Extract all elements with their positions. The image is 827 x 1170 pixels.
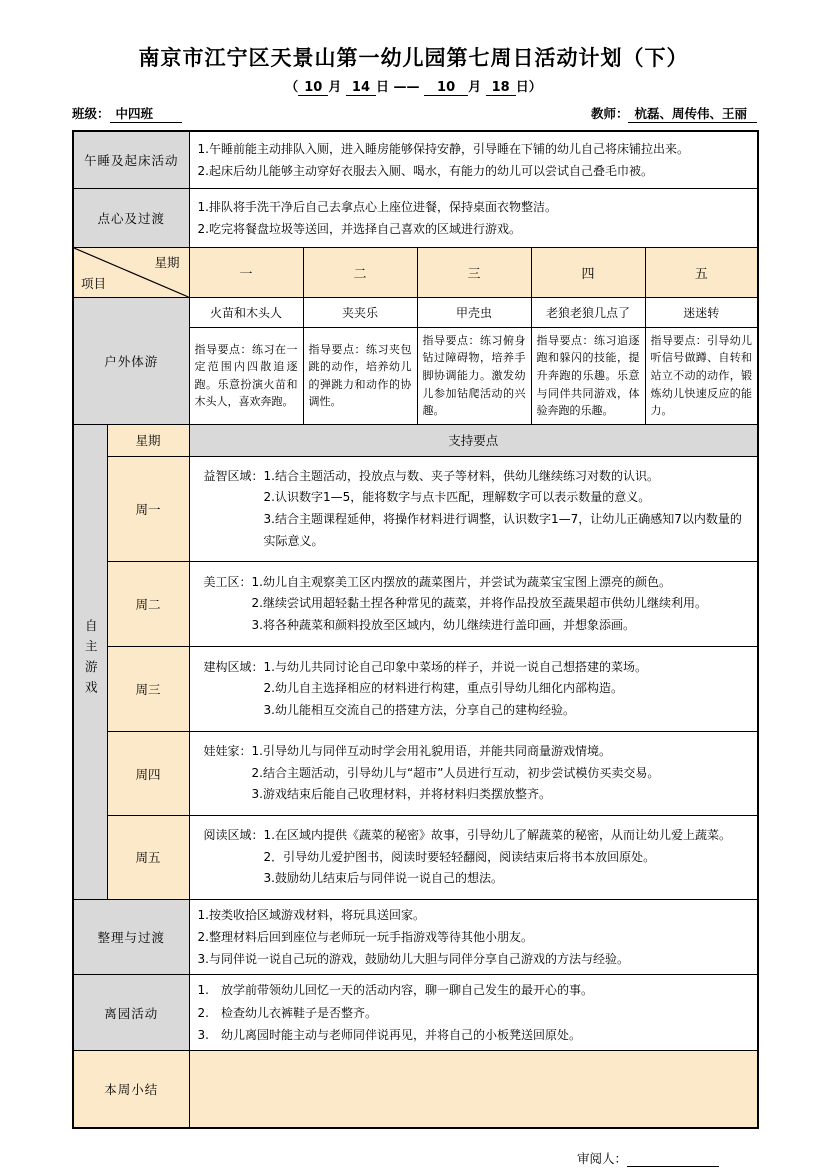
region-item: 1.结合主题活动，投放点与数、夹子等材料，供幼儿继续练习对数的认识。 xyxy=(264,466,744,488)
region-label: 美工区： xyxy=(204,572,252,594)
date-close: 日） xyxy=(516,80,542,95)
weekday-content-tue: 美工区： 1.幼儿自主观察美工区内摆放的蔬菜图片，并尝试为蔬菜宝宝图上漂亮的颜色… xyxy=(189,562,758,647)
snack-line: 2.吃完将餐盘垃圾等送回，并选择自己喜欢的区域进行游戏。 xyxy=(198,218,750,240)
game-title: 老狼老狼几点了 xyxy=(531,297,645,327)
table-row: 点心及过渡 1.排队将手洗干净后自己去拿点心上座位进餐，保持桌面衣物整洁。 2.… xyxy=(73,188,758,247)
tidy-line: 2.整理材料后回到座位与老师玩一玩手指游戏等待其他小朋友。 xyxy=(198,926,750,948)
reviewer-label: 审阅人： xyxy=(577,1151,627,1166)
weekday-content-wed: 建构区域： 1.与幼儿共同讨论自己印象中菜场的样子，并说一说自己想搭建的菜场。 … xyxy=(189,647,758,732)
leave-row-content: 1. 放学前带领幼儿回忆一天的活动内容，聊一聊自己发生的最开心的事。 2. 检查… xyxy=(189,975,758,1051)
region-item: 1.在区域内提供《蔬菜的秘密》故事，引导幼儿了解蔬菜的秘密，从而让幼儿爱上蔬菜。 xyxy=(264,825,731,847)
document-page: 南京市江宁区天景山第一幼儿园第七周日活动计划（下） （10月 14日 —— 10… xyxy=(0,0,827,1167)
weekday-label-thu: 周四 xyxy=(107,732,189,816)
table-row: 户外体游 火苗和木头人 夹夹乐 甲壳虫 老狼老狼几点了 迷迷转 xyxy=(73,297,758,327)
date-day2-blank: 18 xyxy=(486,80,516,96)
date-dash: —— xyxy=(394,80,420,95)
game-title: 迷迷转 xyxy=(645,297,758,327)
table-row: 自主游戏 星期 支持要点 xyxy=(73,424,758,456)
date-month2-blank: 10 xyxy=(424,80,468,96)
region-item: 3.结合主题课程延伸，将操作材料进行调整，认识数字1—7，让幼儿正确感知7以内数… xyxy=(264,509,744,552)
game-desc: 指导要点：练习在一定范围内四散追逐跑。乐意扮演火苗和木头人，喜欢奔跑。 xyxy=(189,327,303,424)
table-header-row: 星期 项目 一 二 三 四 五 xyxy=(73,247,758,297)
region-label: 娃娃家： xyxy=(204,741,252,763)
weekly-plan-table: 午睡及起床活动 1.午睡前能主动排队入厕，进入睡房能够保持安静，引导睡在下铺的幼… xyxy=(72,130,759,1129)
date-day-label1: 日 xyxy=(376,80,389,95)
game-desc: 指导要点：练习俯身钻过障碍物，培养手脚协调能力。激发幼儿参加钻爬活动的兴趣。 xyxy=(417,327,531,424)
table-row: 周三 建构区域： 1.与幼儿共同讨论自己印象中菜场的样子，并说一说自己想搭建的菜… xyxy=(73,647,758,732)
page-title: 南京市江宁区天景山第一幼儿园第七周日活动计划（下） xyxy=(0,44,827,73)
region-item: 1.幼儿自主观察美工区内摆放的蔬菜图片，并尝试为蔬菜宝宝图上漂亮的颜色。 xyxy=(252,572,707,594)
teacher-label: 教师： xyxy=(591,106,629,121)
region-item: 3.鼓励幼儿结束后与同伴说一说自己的想法。 xyxy=(264,868,731,890)
summary-row-label: 本周小结 xyxy=(73,1050,189,1128)
class-field: 班级：中四班 xyxy=(72,104,182,123)
reviewer-blank xyxy=(627,1153,719,1167)
table-row: 周一 益智区域： 1.结合主题活动，投放点与数、夹子等材料，供幼儿继续练习对数的… xyxy=(73,456,758,561)
nap-row-label: 午睡及起床活动 xyxy=(73,131,189,188)
table-row: 周四 娃娃家： 1.引导幼儿与同伴互动时学会用礼貌用语，并能共同商量游戏情境。 … xyxy=(73,732,758,816)
nap-row-content: 1.午睡前能主动排队入厕，进入睡房能够保持安静，引导睡在下铺的幼儿自己将床铺拉出… xyxy=(189,131,758,188)
weekday-label-tue: 周二 xyxy=(107,562,189,647)
date-month-label1: 月 xyxy=(328,80,341,95)
day-header-mon: 一 xyxy=(189,247,303,297)
weekday-content-fri: 阅读区域： 1.在区域内提供《蔬菜的秘密》故事，引导幼儿了解蔬菜的秘密，从而让幼… xyxy=(189,816,758,900)
date-month-label2: 月 xyxy=(468,80,481,95)
game-title: 甲壳虫 xyxy=(417,297,531,327)
region-label: 建构区域： xyxy=(204,657,264,679)
region-item: 2.继续尝试用超轻黏土捏各种常见的蔬菜，并将作品投放至蔬果超市供幼儿继续利用。 xyxy=(252,593,707,615)
date-month1-blank: 10 xyxy=(298,80,328,96)
region-item: 3.幼儿能相互交流自己的搭建方法，分享自己的建构经验。 xyxy=(264,700,647,722)
tidy-line: 3.与同伴说一说自己玩的游戏，鼓励幼儿大胆与同伴分享自己游戏的方法与经验。 xyxy=(198,948,750,970)
weekday-label-mon: 周一 xyxy=(107,456,189,561)
region-item: 2.结合主题活动，引导幼儿与“超市”人员进行互动，初步尝试模仿买卖交易。 xyxy=(252,763,660,785)
day-header-fri: 五 xyxy=(645,247,758,297)
diagonal-header-cell: 星期 项目 xyxy=(73,247,189,297)
weekday-label-fri: 周五 xyxy=(107,816,189,900)
snack-row-content: 1.排队将手洗干净后自己去拿点心上座位进餐，保持桌面衣物整洁。 2.吃完将餐盘垃… xyxy=(189,188,758,247)
game-title: 夹夹乐 xyxy=(303,297,417,327)
teacher-names: 杭磊、周传伟、王丽 xyxy=(628,104,757,123)
diagonal-item-label: 项目 xyxy=(81,274,106,292)
diagonal-week-label: 星期 xyxy=(155,253,180,271)
leave-line: 2. 检查幼儿衣裤鞋子是否整齐。 xyxy=(198,1002,750,1024)
leave-line: 1. 放学前带领幼儿回忆一天的活动内容，聊一聊自己发生的最开心的事。 xyxy=(198,979,750,1001)
date-open: （ xyxy=(285,80,298,95)
summary-row-content xyxy=(189,1050,758,1128)
snack-line: 1.排队将手洗干净后自己去拿点心上座位进餐，保持桌面衣物整洁。 xyxy=(198,196,750,218)
day-header-tue: 二 xyxy=(303,247,417,297)
weekday-content-mon: 益智区域： 1.结合主题活动，投放点与数、夹子等材料，供幼儿继续练习对数的认识。… xyxy=(189,456,758,561)
tidy-line: 1.按类收拾区域游戏材料，将玩具送回家。 xyxy=(198,904,750,926)
autonomous-vertical-text: 自主游戏 xyxy=(81,619,99,701)
table-row: 午睡及起床活动 1.午睡前能主动排队入厕，进入睡房能够保持安静，引导睡在下铺的幼… xyxy=(73,131,758,188)
teacher-field: 教师：杭磊、周传伟、王丽 xyxy=(591,104,757,123)
region-item: 3.将各种蔬菜和颜料投放至区域内，幼儿继续进行盖印画，并想象添画。 xyxy=(252,615,707,637)
table-row: 整理与过渡 1.按类收拾区域游戏材料，将玩具送回家。 2.整理材料后回到座位与老… xyxy=(73,899,758,975)
class-label: 班级： xyxy=(72,106,110,121)
snack-row-label: 点心及过渡 xyxy=(73,188,189,247)
weekday-content-thu: 娃娃家： 1.引导幼儿与同伴互动时学会用礼貌用语，并能共同商量游戏情境。 2.结… xyxy=(189,732,758,816)
date-day1-blank: 14 xyxy=(346,80,376,96)
leave-line: 3. 幼儿离园时能主动与老师同伴说再见，并将自己的小板凳送回原处。 xyxy=(198,1024,750,1046)
region-item: 1.引导幼儿与同伴互动时学会用礼貌用语，并能共同商量游戏情境。 xyxy=(252,741,660,763)
class-name: 中四班 xyxy=(110,104,182,123)
autonomous-section-label: 自主游戏 xyxy=(73,424,107,899)
region-item: 2．引导幼儿爱护图书，阅读时要轻轻翻阅，阅读结束后将书本放回原处。 xyxy=(264,847,731,869)
date-range: （10月 14日 —— 10月 18日） xyxy=(0,76,827,96)
game-desc: 指导要点：练习追逐跑和躲闪的技能，提升奔跑的乐趣。乐意与同伴共同游戏，体验奔跑的… xyxy=(531,327,645,424)
reviewer-row: 审阅人： xyxy=(0,1149,827,1167)
nap-line: 1.午睡前能主动排队入厕，进入睡房能够保持安静，引导睡在下铺的幼儿自己将床铺拉出… xyxy=(198,138,750,160)
region-item: 1.与幼儿共同讨论自己印象中菜场的样子，并说一说自己想搭建的菜场。 xyxy=(264,657,647,679)
day-header-wed: 三 xyxy=(417,247,531,297)
region-label: 益智区域： xyxy=(204,466,264,488)
outdoor-row-label: 户外体游 xyxy=(73,297,189,424)
game-desc: 指导要点：引导幼儿听信号做蹲、自转和站立不动的动作，锻炼幼儿快速反应的能力。 xyxy=(645,327,758,424)
meta-row: 班级：中四班 教师：杭磊、周传伟、王丽 xyxy=(72,104,757,123)
game-desc: 指导要点：练习夹包跳的动作，培养幼儿的弹跳力和动作的协调性。 xyxy=(303,327,417,424)
table-row: 本周小结 xyxy=(73,1050,758,1128)
region-item: 2.认识数字1—5，能将数字与点卡匹配，理解数字可以表示数量的意义。 xyxy=(264,487,744,509)
region-item: 2.幼儿自主选择相应的材料进行构建，重点引导幼儿细化内部构造。 xyxy=(264,678,647,700)
table-row: 周二 美工区： 1.幼儿自主观察美工区内摆放的蔬菜图片，并尝试为蔬菜宝宝图上漂亮… xyxy=(73,562,758,647)
game-title: 火苗和木头人 xyxy=(189,297,303,327)
tidy-row-label: 整理与过渡 xyxy=(73,899,189,975)
nap-line: 2.起床后幼儿能够主动穿好衣服去入厕、喝水，有能力的幼儿可以尝试自己叠毛巾被。 xyxy=(198,160,750,182)
region-item: 3.游戏结束后能自己收理材料，并将材料归类摆放整齐。 xyxy=(252,784,660,806)
weekday-label-wed: 周三 xyxy=(107,647,189,732)
autonomous-points-header: 支持要点 xyxy=(189,424,758,456)
day-header-thu: 四 xyxy=(531,247,645,297)
leave-row-label: 离园活动 xyxy=(73,975,189,1051)
autonomous-week-header: 星期 xyxy=(107,424,189,456)
region-label: 阅读区域： xyxy=(204,825,264,847)
table-row: 离园活动 1. 放学前带领幼儿回忆一天的活动内容，聊一聊自己发生的最开心的事。 … xyxy=(73,975,758,1051)
tidy-row-content: 1.按类收拾区域游戏材料，将玩具送回家。 2.整理材料后回到座位与老师玩一玩手指… xyxy=(189,899,758,975)
table-row: 周五 阅读区域： 1.在区域内提供《蔬菜的秘密》故事，引导幼儿了解蔬菜的秘密，从… xyxy=(73,816,758,900)
